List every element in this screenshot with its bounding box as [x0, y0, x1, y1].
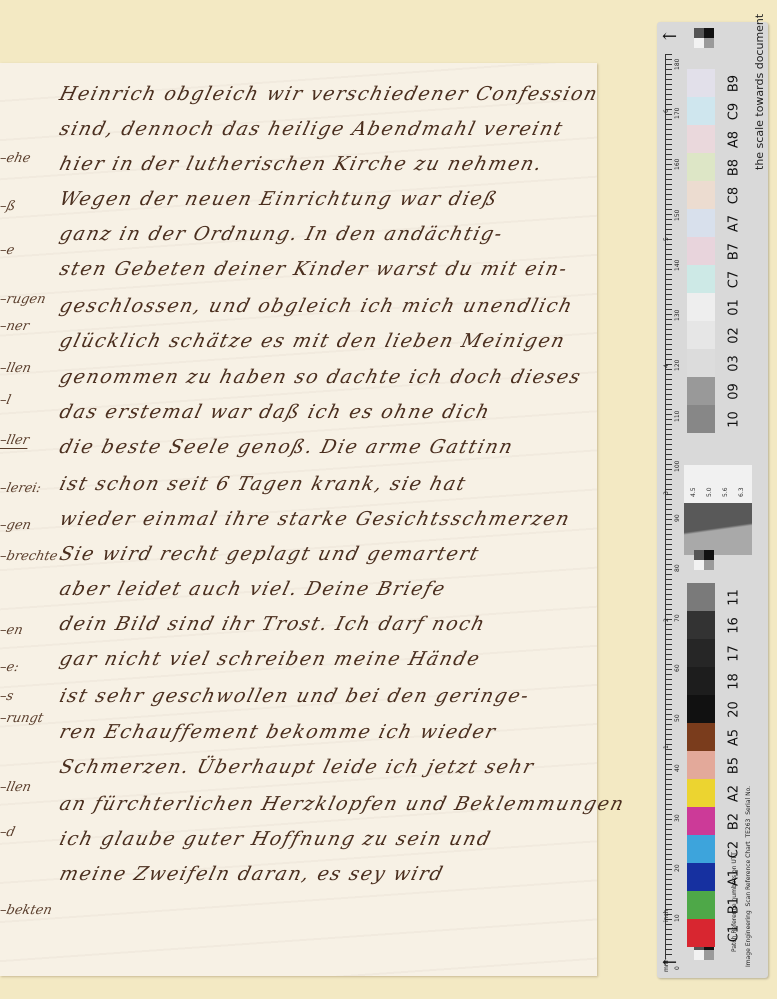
letter-line: meine Zweifeln daran, es sey wird [57, 863, 446, 885]
color-patch-c1 [687, 919, 715, 947]
color-patch-a2 [687, 779, 715, 807]
color-patch-02 [687, 321, 715, 349]
color-patch-17 [687, 639, 715, 667]
margin-fragment: –brechte [0, 549, 59, 564]
ruler-tick-label: 10 [674, 914, 681, 922]
letter-line: ist schon seit 6 Tagen krank, sie hat [57, 473, 469, 495]
ruler-tick-label: 40 [674, 764, 681, 772]
color-patch-label: 11 [727, 583, 742, 613]
ruler-tick-label: 130 [674, 310, 681, 321]
ruler-tick-label: 90 [674, 514, 681, 522]
color-patch-label: B9 [727, 69, 742, 99]
color-patch-label: 20 [727, 695, 742, 725]
margin-fragment: –lerei: [0, 481, 42, 496]
inch-unit-label: inch [663, 909, 670, 922]
margin-fragment: –rugen [0, 292, 47, 307]
color-patch-18 [687, 667, 715, 695]
orientation-note: the scale towards document [753, 14, 766, 170]
margin-fragment: –llen [0, 361, 32, 376]
ruler-tick-label: 100 [674, 461, 681, 472]
color-patch-a8 [687, 125, 715, 153]
letter-line: Schmerzen. Überhaupt leide ich jetzt seh… [57, 756, 537, 778]
inch-tick-label: 4 [663, 364, 670, 368]
margin-fragment: –gen [0, 518, 32, 533]
letter-line: das erstemal war daß ich es ohne dich [57, 401, 493, 423]
margin-fragment: –bekten [0, 903, 53, 918]
color-patch-c7 [687, 265, 715, 293]
color-patch-c9 [687, 97, 715, 125]
letter-line: gar nicht viel schreiben meine Hände [57, 648, 483, 670]
color-patch-a1 [687, 863, 715, 891]
letter-line: glücklich schätze es mit den lieben Mein… [57, 330, 568, 352]
resolution-label: 5.6 [722, 487, 729, 497]
ruler-tick-label: 50 [674, 714, 681, 722]
letter-line: genommen zu haben so dachte ich doch die… [57, 366, 584, 388]
arrow-left-icon: ← [662, 954, 677, 972]
ruler-tick-label: 30 [674, 814, 681, 822]
gray-wedge [684, 503, 752, 555]
color-patch-09 [687, 377, 715, 405]
letter-line: wieder einmal ihre starke Gesichtsschmer… [57, 508, 573, 530]
color-patch-label: 18 [727, 667, 742, 697]
letter-line: aber leidet auch viel. Deine Briefe [57, 578, 448, 600]
color-patch-b1 [687, 891, 715, 919]
letter-line: ist sehr geschwollen und bei den geringe… [57, 685, 532, 707]
margin-fragment: –ller [0, 433, 30, 449]
ruler-tick-label: 60 [674, 664, 681, 672]
color-patch-label: B7 [727, 237, 742, 267]
color-patch-label: 17 [727, 639, 742, 669]
letter-line: Sie wird recht geplagt und gemartert [57, 543, 482, 565]
color-patch-label: C2 [727, 835, 742, 865]
letter-line: ganz in der Ordnung. In den andächtig- [57, 223, 505, 245]
ruler-tick-label: 120 [674, 360, 681, 371]
color-patch-03 [687, 349, 715, 377]
ruler-tick-label: 80 [674, 564, 681, 572]
color-patch-b2 [687, 807, 715, 835]
ruler-tick-label: 180 [674, 59, 681, 70]
margin-fragment: –l [0, 393, 12, 408]
inch-tick-label: 2 [663, 618, 670, 622]
margin-fragment: –ner [0, 319, 30, 334]
ruler-tick-label: 170 [674, 108, 681, 119]
color-patch-a5 [687, 723, 715, 751]
color-patch-b8 [687, 153, 715, 181]
color-patch-label: 10 [727, 405, 742, 435]
letter-line: Wegen der neuen Einrichtung war dieß [57, 188, 500, 210]
letter-page: –ehe –ß –e –rugen –ner –llen –l –ller –l… [0, 63, 597, 976]
resolution-target: 4.5 5.0 5.6 6.3 [684, 465, 752, 505]
color-patch-label: A5 [727, 723, 742, 753]
gray-reference-square [694, 28, 714, 48]
margin-fragment: –d [0, 825, 16, 840]
left-margin-fragments: –ehe –ß –e –rugen –ner –llen –l –ller –l… [0, 63, 44, 976]
scan-reference-chart: ← 180 170 160 150 140 130 120 110 100 90… [657, 22, 768, 978]
margin-fragment: –en [0, 623, 24, 638]
letter-line: sten Gebeten deiner Kinder warst du mit … [57, 258, 570, 280]
color-patch-b7 [687, 237, 715, 265]
margin-fragment: –e [0, 243, 16, 258]
color-patch-c8 [687, 181, 715, 209]
letter-line: ren Echauffement bekomme ich wieder [57, 721, 499, 743]
ruler-scale [665, 54, 680, 959]
color-patch-label: B2 [727, 807, 742, 837]
letter-line: dein Bild sind ihr Trost. Ich darf noch [57, 613, 488, 635]
color-patch-b5 [687, 751, 715, 779]
color-patch-11 [687, 583, 715, 611]
inch-tick-label: 3 [663, 491, 670, 495]
ruler-tick-label: 140 [674, 260, 681, 271]
color-patch-label: B1 [727, 891, 742, 921]
ruler-tick-label: 160 [674, 159, 681, 170]
resolution-label: 4.5 [690, 487, 697, 497]
resolution-label: 6.3 [738, 487, 745, 497]
letter-line: geschlossen, und obgleich ich mich unend… [57, 295, 575, 317]
color-patch-label: A2 [727, 779, 742, 809]
letter-line: hier in der lutherischen Kirche zu nehme… [57, 153, 545, 175]
letter-line: die beste Seele genoß. Die arme Gattinn [57, 436, 516, 458]
color-patch-c2 [687, 835, 715, 863]
color-patch-01 [687, 293, 715, 321]
inch-tick-label: 1 [663, 745, 670, 749]
letter-line: sind, dennoch das heilige Abendmahl vere… [57, 118, 566, 140]
inch-tick-label: 6 [663, 109, 670, 113]
arrow-left-icon: ← [662, 28, 677, 46]
margin-fragment: –ehe [0, 151, 32, 166]
ruler-tick-label: 150 [674, 210, 681, 221]
ruler-tick-label: 20 [674, 864, 681, 872]
margin-fragment: –e: [0, 660, 20, 675]
margin-fragment: –rungt [0, 711, 45, 726]
letter-line: Heinrich obgleich wir verschiedener Conf… [57, 83, 601, 105]
color-patch-label: C8 [727, 181, 742, 211]
color-patch-label: A1 [727, 863, 742, 893]
inch-tick-label: 5 [663, 237, 670, 241]
color-patch-10 [687, 405, 715, 433]
ruler-tick-label: 110 [674, 411, 681, 422]
color-patch-16 [687, 611, 715, 639]
color-patch-label: 09 [727, 377, 742, 407]
color-patch-label: 01 [727, 293, 742, 323]
maker-label: Image Engineering Scan Reference Chart T… [745, 786, 752, 967]
color-patch-a7 [687, 209, 715, 237]
margin-fragment: –s [0, 689, 15, 704]
margin-fragment: –llen [0, 780, 32, 795]
color-patch-label: A8 [727, 125, 742, 155]
resolution-label: 5.0 [706, 487, 713, 497]
color-patch-label: 03 [727, 349, 742, 379]
color-patch-label: B8 [727, 153, 742, 183]
color-patch-b9 [687, 69, 715, 97]
color-patch-label: 02 [727, 321, 742, 351]
color-patch-label: A7 [727, 209, 742, 239]
margin-fragment: –ß [0, 199, 17, 214]
letter-line: an fürchterlichen Herzklopfen und Beklem… [57, 793, 627, 815]
color-patch-20 [687, 695, 715, 723]
ruler-tick-label: 70 [674, 614, 681, 622]
color-patch-label: 16 [727, 611, 742, 641]
letter-line: ich glaube guter Hoffnung zu sein und [57, 828, 494, 850]
gray-reference-square [694, 550, 714, 570]
color-patch-label: C1 [727, 919, 742, 949]
color-patch-label: C9 [727, 97, 742, 127]
color-patch-label: B5 [727, 751, 742, 781]
color-patch-label: C7 [727, 265, 742, 295]
